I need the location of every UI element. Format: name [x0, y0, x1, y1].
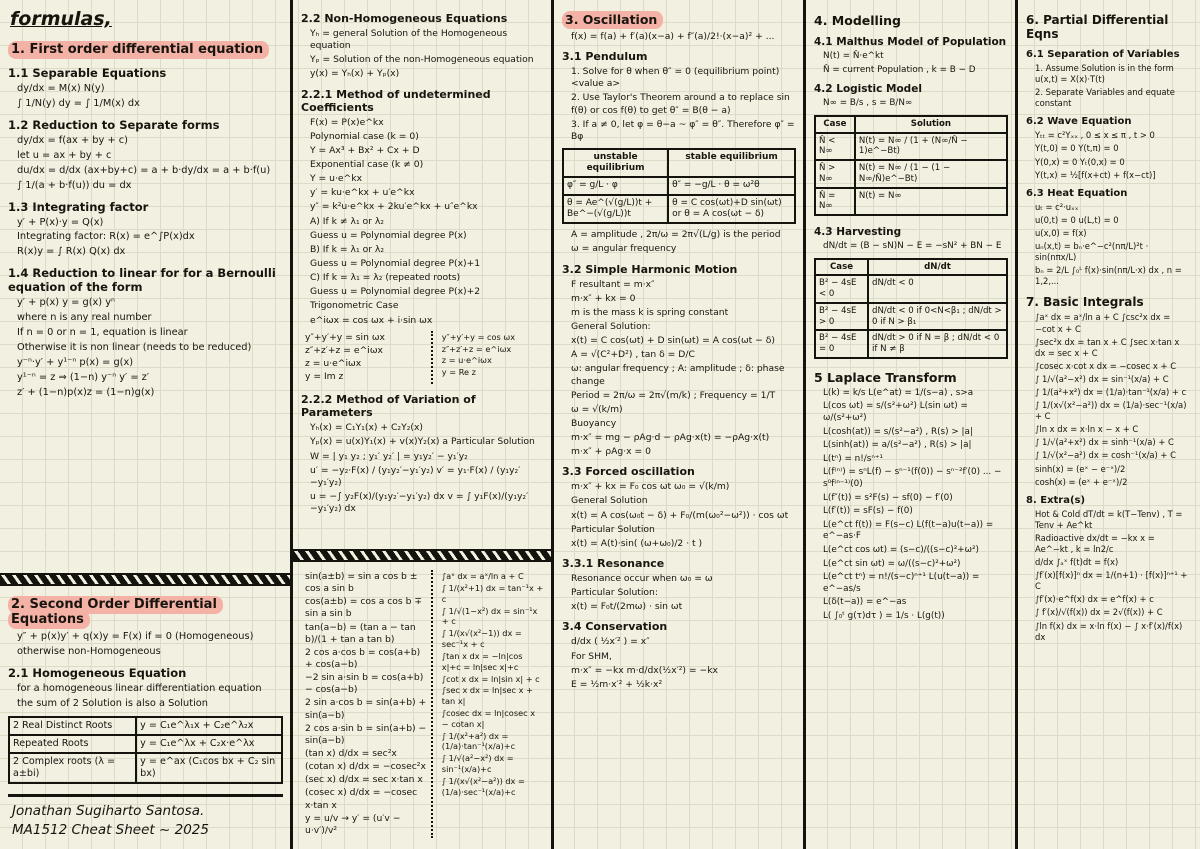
- formula-line: Buoyancy: [562, 418, 796, 430]
- formula-line: ∫ 1/(x²+1) dx = tan⁻¹x + c: [438, 583, 544, 605]
- formula-line: Particular Solution:: [562, 587, 796, 599]
- formula-line: ∫ln x dx = x·ln x − x + C: [1026, 424, 1190, 435]
- formula-line: For SHM,: [562, 651, 796, 663]
- column-pde-integrals: 6. Partial Differential Eqns6.1 Separati…: [1015, 0, 1197, 849]
- subsection-heading: 3.2 Simple Harmonic Motion: [562, 263, 796, 276]
- two-column-block: sin(a±b) = sin a cos b ± cos a sin bcos(…: [301, 570, 544, 838]
- formula-line: y¹⁻ⁿ = z ⇒ (1−n) y⁻ⁿ y′ = z′: [8, 372, 283, 385]
- formula-line: General Solution:: [562, 321, 796, 333]
- formula-line: ∫tan x dx = −ln|cos x|+c = ln|sec x|+c: [438, 651, 544, 673]
- table-row: 2 Complex roots (λ = a±bi)y = e^ax (C₁co…: [9, 753, 282, 783]
- formula-line: Yₚ = Solution of the non-Homogeneous equ…: [301, 54, 544, 66]
- formula-line: ∫sec²x dx = tan x + C ∫sec x·tan x dx = …: [1026, 337, 1190, 359]
- formula-line: 2 sin a·cos b = sin(a+b) + sin(a−b): [301, 697, 431, 721]
- section-heading: 7. Basic Integrals: [1026, 295, 1190, 309]
- formula-line: ∫ 1/(x√(x²−a²)) dx = (1/a)·sec⁻¹(x/a)+c: [438, 776, 544, 798]
- section-heading-highlighted: 1. First order differential equation: [8, 42, 283, 57]
- formula-line: bₙ = 2/L ∫₀ᴸ f(x)·sin(nπ/L·x) dx , n = 1…: [1026, 265, 1190, 287]
- subsection-heading: 4.3 Harvesting: [814, 226, 1008, 238]
- formula-line: Period = 2π/ω = 2π√(m/k) ; Frequency = 1…: [562, 390, 796, 402]
- table-header-cell: dN/dt: [868, 259, 1007, 276]
- formula-line: ω = angular frequency: [562, 243, 796, 255]
- formula-line: Yₕ(x) = C₁Y₁(x) + C₂Y₂(x): [301, 422, 544, 434]
- table-cell: B² − 4sE < 0: [815, 275, 868, 302]
- formula-table: CasedN/dtB² − 4sE < 0dN/dt < 0B² − 4sE >…: [814, 258, 1008, 359]
- formula-line: L(cosh(at)) = s/(s²−a²) , R(s) > |a|: [814, 427, 1008, 439]
- formula-line: otherwise non-Homogeneous: [8, 646, 283, 659]
- formula-line: m·x″ + kx = 0: [562, 293, 796, 305]
- formula-line: sinh(x) = (eˣ − e⁻ˣ)/2: [1026, 464, 1190, 475]
- table-cell: B² − 4sE = 0: [815, 330, 868, 357]
- formula-line: d/dx ( ½x′² ) = x″: [562, 636, 796, 648]
- table-row: B² − 4sE > 0dN/dt < 0 if 0<N<β₁ ; dN/dt …: [815, 303, 1007, 330]
- formula-line: x(t) = A(t)·sin( (ω+ω₀)/2 · t ): [562, 538, 796, 550]
- highlight-text: 2. Second Order Differential Equations: [8, 596, 223, 629]
- formula-line: (cotan x) d/dx = −cosec²x: [301, 761, 431, 773]
- formula-line: y = u/v → y′ = (u′v − u·v′)/v²: [301, 813, 431, 837]
- formula-line: Hot & Cold dT/dt = k(T−Tenv) , T = Tenv …: [1026, 509, 1190, 531]
- table-cell: dN/dt < 0: [868, 275, 1007, 302]
- formula-line: Guess u = Polynomial degree P(x)+2: [301, 286, 544, 298]
- formula-line: R(x)y = ∫ R(x) Q(x) dx: [8, 246, 283, 259]
- table-cell: y = C₁e^λx + C₂x·e^λx: [136, 735, 282, 753]
- column-oscillation: 3. Oscillationf(x) = f(a) + f′(a)(x−a) +…: [551, 0, 803, 849]
- formula-line: Particular Solution: [562, 524, 796, 536]
- formula-line: m·x″ = −kx m·d/dx(½x′²) = −kx: [562, 665, 796, 677]
- formula-line: 1. Solve for θ when θ″ = 0 (equilibrium …: [562, 66, 796, 90]
- formula-line: F resultant = m·x″: [562, 279, 796, 291]
- formula-line: Trigonometric Case: [301, 300, 544, 312]
- sheet-title: formulas,: [10, 8, 283, 30]
- formula-line: L(f′(t)) = sF(s) − f(0): [814, 506, 1008, 518]
- formula-line: y⁻ⁿ·y′ + y¹⁻ⁿ p(x) = g(x): [8, 357, 283, 370]
- table-cell: 2 Complex roots (λ = a±bi): [9, 753, 136, 783]
- subsection-heading: 2.2.2 Method of Variation of Parameters: [301, 393, 544, 419]
- formula-line: 2. Use Taylor's Theorem around a to repl…: [562, 92, 796, 116]
- formula-line: L( ∫₀ᵗ g(τ)dτ ) = 1/s · L(g(t)): [814, 611, 1008, 623]
- subsection-heading: 2.2.1 Method of undetermined Coefficient…: [301, 88, 544, 114]
- section-heading: 4. Modelling: [814, 13, 1008, 28]
- subsection-heading: 1.4 Reduction to linear for for a Bernou…: [8, 266, 283, 294]
- formula-line: ∫ 1/√(a²−x²) dx = sin⁻¹(x/a)+c: [438, 753, 544, 775]
- formula-line: sin(a±b) = sin a cos b ± cos a sin b: [301, 571, 431, 595]
- formula-line: ∫ 1/(x√(x²−a²)) dx = (1/a)·sec⁻¹(x/a) + …: [1026, 400, 1190, 422]
- formula-line: dy/dx = f(ax + by + c): [8, 135, 283, 148]
- table-row: φ″ = g/L · φθ″ = −g/L · θ = ω²θ: [563, 177, 795, 194]
- table-row: B² − 4sE = 0dN/dt > 0 if N = β ; dN/dt <…: [815, 330, 1007, 357]
- formula-line: x(t) = F₀t/(2mω) · sin ωt: [562, 601, 796, 613]
- table-row: B² − 4sE < 0dN/dt < 0: [815, 275, 1007, 302]
- table-row: Repeated Rootsy = C₁e^λx + C₂x·e^λx: [9, 735, 282, 753]
- formula-table: CaseSolutionN̂ < N∞N(t) = N∞ / (1 + (N∞/…: [814, 115, 1008, 216]
- table-cell: y = e^ax (C₁cos bx + C₂ sin bx): [136, 753, 282, 783]
- formula-line: y′ = ku·e^kx + u′e^kx: [301, 187, 544, 199]
- formula-line: Y(t,0) = 0 Y(t,π) = 0: [1026, 143, 1190, 154]
- subsection-heading: 6.1 Separation of Variables: [1026, 49, 1190, 60]
- formula-line: 1. Assume Solution is in the form u(x,t)…: [1026, 63, 1190, 85]
- table-cell: N(t) = N∞ / (1 − (1 − N∞/N̂)e^−Bt): [855, 160, 1007, 187]
- formula-line: dy/dx = M(x) N(y): [8, 83, 283, 96]
- formula-line: W = | y₁ y₂ ; y₁′ y₂′ | = y₁y₂′ − y₁′y₂: [301, 451, 544, 463]
- section-divider: [293, 549, 551, 562]
- formula-line: Resonance occur when ω₀ = ω: [562, 573, 796, 585]
- formula-line: du/dx = d/dx (ax+by+c) = a + b·dy/dx = a…: [8, 165, 283, 178]
- formula-line: Radioactive dx/dt = −kx x = Ae^−kt , k =…: [1026, 533, 1190, 555]
- table-cell: N(t) = N∞: [855, 188, 1007, 215]
- formula-line: N̂ = current Population , k = B − D: [814, 65, 1008, 77]
- signature-line: MA1512 Cheat Sheet ~ 2025: [12, 821, 283, 841]
- formula-line: L(k) = k/s L(e^at) = 1/(s−a) , s>a: [814, 388, 1008, 400]
- subsection-heading: 3.1 Pendulum: [562, 50, 796, 63]
- formula-line: L(e^ct cos ωt) = (s−c)/((s−c)²+ω²): [814, 545, 1008, 557]
- table-cell: B² − 4sE > 0: [815, 303, 868, 330]
- right-formula-list: y″+y′+y = cos ωxz″+z′+z = e^iωxz = u·e^i…: [431, 331, 544, 385]
- formula-line: Yₚ(x) = u(x)Y₁(x) + v(x)Y₂(x) a Particul…: [301, 436, 544, 448]
- formula-line: N(t) = N̂·e^kt: [814, 51, 1008, 63]
- formula-line: L(sinh(at)) = a/(s²−a²) , R(s) > |a|: [814, 440, 1008, 452]
- formula-line: Guess u = Polynomial degree P(x): [301, 230, 544, 242]
- table-row: 2 Real Distinct Rootsy = C₁e^λ₁x + C₂e^λ…: [9, 717, 282, 735]
- table-cell: N̂ > N∞: [815, 160, 855, 187]
- table-header-cell: Solution: [855, 116, 1007, 133]
- formula-line: ∫ 1/(a + b·f(u)) du = dx: [8, 180, 283, 193]
- subsection-heading: 2.2 Non-Homogeneous Equations: [301, 12, 544, 25]
- formula-line: ∫ 1/(x²+a²) dx = (1/a)·tan⁻¹(x/a)+c: [438, 731, 544, 753]
- formula-line: A) If k ≠ λ₁ or λ₂: [301, 216, 544, 228]
- formula-line: 3. If a ≠ 0, let φ = θ−a ~ φ″ = θ″. Ther…: [562, 119, 796, 143]
- section-heading-highlighted: 3. Oscillation: [562, 12, 796, 27]
- formula-line: C) If k = λ₁ = λ₂ (repeated roots): [301, 272, 544, 284]
- formula-line: m·x″ + ρAg·x = 0: [562, 446, 796, 458]
- formula-line: −2 sin a·sin b = cos(a+b) − cos(a−b): [301, 672, 431, 696]
- formula-line: where n is any real number: [8, 312, 283, 325]
- section-divider: [0, 573, 290, 586]
- table-cell: N̂ < N∞: [815, 133, 855, 160]
- subsection-heading: 6.2 Wave Equation: [1026, 116, 1190, 127]
- subsection-heading: 4.2 Logistic Model: [814, 83, 1008, 95]
- table-row: N̂ > N∞N(t) = N∞ / (1 − (1 − N∞/N̂)e^−Bt…: [815, 160, 1007, 187]
- formula-line: (cosec x) d/dx = −cosec x·tan x: [301, 787, 431, 811]
- formula-line: m·x″ = mg − ρAg·d − ρAg·x(t) = −ρAg·x(t): [562, 432, 796, 444]
- formula-line: 2. Separate Variables and equate constan…: [1026, 87, 1190, 109]
- formula-line: uₙ(x,t) = bₙ·e^−c²(nπ/L)²t · sin(nπx/L): [1026, 241, 1190, 263]
- table-header-cell: Case: [815, 116, 855, 133]
- formula-line: ∫cot x dx = ln|sin x| + c: [438, 674, 544, 685]
- formula-line: ∫sec x dx = ln|sec x + tan x|: [438, 685, 544, 707]
- column-modelling-laplace: 4. Modelling4.1 Malthus Model of Populat…: [803, 0, 1015, 849]
- formula-line: ∫ln f(x) dx = x·ln f(x) − ∫ x·f′(x)/f(x)…: [1026, 621, 1190, 643]
- formula-line: ∫ 1/√(x²−a²) dx = cosh⁻¹(x/a) + C: [1026, 450, 1190, 461]
- formula-line: L(e^ct sin ωt) = ω/((s−c)²+ω²): [814, 559, 1008, 571]
- highlight-text: 3. Oscillation: [562, 11, 663, 29]
- formula-line: u′ = −y₂·F(x) / (y₁y₂′−y₁′y₂) v′ = y₁·F(…: [301, 465, 544, 489]
- formula-line: ω = √(k/m): [562, 404, 796, 416]
- formula-line: 2 cos a·sin b = sin(a+b) − sin(a−b): [301, 723, 431, 747]
- table-header-cell: stable equilibrium: [668, 149, 795, 178]
- formula-line: y″ + p(x)y′ + q(x)y = F(x) if = 0 (Homog…: [8, 631, 283, 644]
- formula-line: L(e^ct tⁿ) = n!/(s−c)ⁿ⁺¹ L(u(t−a)) = e^−…: [814, 572, 1008, 595]
- formula-line: tan(a−b) = (tan a − tan b)/(1 + tan a ta…: [301, 622, 431, 646]
- table-header-cell: unstable equilibrium: [563, 149, 668, 178]
- formula-line: y′ + p(x) y = g(x) yⁿ: [8, 297, 283, 310]
- highlight-text: 1. First order differential equation: [8, 41, 269, 59]
- formula-line: ∫f′(x)·e^f(x) dx = e^f(x) + c: [1026, 594, 1190, 605]
- formula-line: E = ½m·x′² + ½k·x²: [562, 679, 796, 691]
- formula-line: ∫ 1/(a²+x²) dx = (1/a)·tan⁻¹(x/a) + c: [1026, 387, 1190, 398]
- formula-line: cos(a±b) = cos a cos b ∓ sin a sin b: [301, 596, 431, 620]
- subsection-heading: 3.4 Conservation: [562, 620, 796, 633]
- formula-table: unstable equilibriumstable equilibriumφ″…: [562, 148, 796, 224]
- formula-line: N∞ = B/s , s = B/N∞: [814, 98, 1008, 110]
- table-row: N̂ < N∞N(t) = N∞ / (1 + (N∞/N̂ − 1)e^−Bt…: [815, 133, 1007, 160]
- formula-line: (sec x) d/dx = sec x·tan x: [301, 774, 431, 786]
- formula-line: L(tⁿ) = n!/sⁿ⁺¹: [814, 454, 1008, 466]
- subsection-heading: 6.3 Heat Equation: [1026, 188, 1190, 199]
- formula-line: dN/dt = (B − sN)N − E = −sN² + BN − E: [814, 241, 1008, 253]
- formula-line: u = −∫ y₂F(x)/(y₁y₂′−y₁′y₂) dx v = ∫ y₁F…: [301, 491, 544, 515]
- cheat-sheet-page: formulas,1. First order differential equ…: [0, 0, 1200, 849]
- formula-line: z = u·e^iωx: [301, 358, 431, 370]
- formula-line: the sum of 2 Solution is also a Solution: [8, 698, 283, 711]
- formula-line: u(0,t) = 0 u(L,t) = 0: [1026, 215, 1190, 226]
- formula-line: ∫aˣ dx = aˣ/ln a + C ∫csc²x dx = −cot x …: [1026, 312, 1190, 334]
- subsection-heading: 1.1 Separable Equations: [8, 66, 283, 80]
- formula-line: Y = u·e^kx: [301, 173, 544, 185]
- two-column-block: y″+y′+y = sin ωxz″+z′+z = e^iωxz = u·e^i…: [301, 331, 544, 385]
- formula-line: L(f⁽ⁿ⁾) = sⁿL(f) − sⁿ⁻¹(f(0)) − sⁿ⁻²f′(0…: [814, 467, 1008, 490]
- formula-line: Y(0,x) = 0 Yₜ(0,x) = 0: [1026, 157, 1190, 168]
- subsection-heading: 2.1 Homogeneous Equation: [8, 666, 283, 680]
- formula-line: ∫ 1/√(1−x²) dx = sin⁻¹x + c: [438, 606, 544, 628]
- formula-line: ∫ 1/√(a²−x²) dx = sin⁻¹(x/a) + C: [1026, 374, 1190, 385]
- formula-line: ∫ 1/√(a²+x²) dx = sinh⁻¹(x/a) + C: [1026, 437, 1190, 448]
- subsection-heading: 3.3 Forced oscillation: [562, 465, 796, 478]
- formula-line: for a homogeneous linear differentiation…: [8, 683, 283, 696]
- formula-line: A = amplitude , 2π/ω = 2π√(L/g) is the p…: [562, 229, 796, 241]
- formula-line: y = Im z: [301, 371, 431, 383]
- formula-line: Otherwise it is non linear (needs to be …: [8, 342, 283, 355]
- formula-line: ∫ 1/N(y) dy = ∫ 1/M(x) dx: [8, 98, 283, 111]
- formula-line: If n = 0 or n = 1, equation is linear: [8, 327, 283, 340]
- formula-line: y″ = k²u·e^kx + 2ku′e^kx + u″e^kx: [301, 201, 544, 213]
- formula-line: m is the mass k is spring constant: [562, 307, 796, 319]
- formula-line: z″+z′+z = e^iωx: [301, 345, 431, 357]
- table-header-row: CaseSolution: [815, 116, 1007, 133]
- formula-line: ∫f′(x)[f(x)]ⁿ dx = 1/(n+1) · [f(x)]ⁿ⁺¹ +…: [1026, 570, 1190, 592]
- formula-table: 2 Real Distinct Rootsy = C₁e^λ₁x + C₂e^λ…: [8, 716, 283, 784]
- formula-line: y(x) = Yₕ(x) + Yₚ(x): [301, 68, 544, 80]
- formula-line: u(x,0) = f(x): [1026, 228, 1190, 239]
- table-header-row: CasedN/dt: [815, 259, 1007, 276]
- formula-line: Y = Ax³ + Bx² + Cx + D: [301, 145, 544, 157]
- section-heading: 5 Laplace Transform: [814, 370, 1008, 385]
- table-cell: θ = C cos(ωt)+D sin(ωt) or θ = A cos(ωt …: [668, 195, 795, 224]
- formula-line: ∫ 1/(x√(x²−1)) dx = sec⁻¹x + c: [438, 628, 544, 650]
- formula-line: ∫cosec dx = ln|cosec x − cotan x|: [438, 708, 544, 730]
- table-cell: θ″ = −g/L · θ = ω²θ: [668, 177, 795, 194]
- formula-line: y″+y′+y = cos ωx: [438, 332, 544, 343]
- subsection-heading: 1.2 Reduction to Separate forms: [8, 118, 283, 132]
- subsection-heading: 3.3.1 Resonance: [562, 557, 796, 570]
- right-formula-list: ∫aˣ dx = aˣ/ln a + C∫ 1/(x²+1) dx = tan⁻…: [431, 570, 544, 838]
- formula-line: General Solution: [562, 495, 796, 507]
- table-header-row: unstable equilibriumstable equilibrium: [563, 149, 795, 178]
- formula-line: let u = ax + by + c: [8, 150, 283, 163]
- formula-line: B) If k = λ₁ or λ₂: [301, 244, 544, 256]
- formula-line: y = Re z: [438, 367, 544, 378]
- formula-line: Guess u = Polynomial degree P(x)+1: [301, 258, 544, 270]
- formula-line: L(cos ωt) = s/(s²+ω²) L(sin ωt) = ω/(s²+…: [814, 401, 1008, 424]
- subsection-heading: 8. Extra(s): [1026, 495, 1190, 506]
- table-row: θ = Ae^(√(g/L))t + Be^−(√(g/L))tθ = C co…: [563, 195, 795, 224]
- table-row: N̂ = N∞N(t) = N∞: [815, 188, 1007, 215]
- formula-line: (tan x) d/dx = sec²x: [301, 748, 431, 760]
- formula-line: Yₜₜ = c²Yₓₓ , 0 ≤ x ≤ π , t > 0: [1026, 130, 1190, 141]
- formula-line: L(f″(t)) = s²F(s) − sf(0) − f′(0): [814, 493, 1008, 505]
- section-heading-highlighted: 2. Second Order Differential Equations: [8, 597, 283, 627]
- formula-line: z′ + (1−n)p(x)z = (1−n)g(x): [8, 387, 283, 400]
- table-cell: y = C₁e^λ₁x + C₂e^λ₂x: [136, 717, 282, 735]
- left-formula-list: sin(a±b) = sin a cos b ± cos a sin bcos(…: [301, 570, 431, 838]
- formula-line: m·x″ + kx = F₀ cos ωt ω₀ = √(k/m): [562, 481, 796, 493]
- table-cell: dN/dt < 0 if 0<N<β₁ ; dN/dt > 0 if N > β…: [868, 303, 1007, 330]
- table-cell: dN/dt > 0 if N = β ; dN/dt < 0 if N ≠ β: [868, 330, 1007, 357]
- formula-line: L(δ(t−a)) = e^−as: [814, 597, 1008, 609]
- formula-line: ∫cosec x·cot x dx = −cosec x + C: [1026, 361, 1190, 372]
- formula-line: ω: angular frequency ; A: amplitude ; δ:…: [562, 363, 796, 387]
- formula-line: x(t) = A cos(ω₀t − δ) + F₀/(m(ω₀²−ω²)) ·…: [562, 510, 796, 522]
- formula-line: uₜ = c²·uₓₓ: [1026, 202, 1190, 213]
- formula-line: Integrating factor: R(x) = e^∫P(x)dx: [8, 231, 283, 244]
- formula-line: z = u·e^iωx: [438, 355, 544, 366]
- table-cell: 2 Real Distinct Roots: [9, 717, 136, 735]
- formula-line: e^iωx = cos ωx + i·sin ωx: [301, 315, 544, 327]
- formula-line: Y(t,x) = ½[f(x+ct) + f(x−ct)]: [1026, 170, 1190, 181]
- formula-line: ∫ f′(x)/√(f(x)) dx = 2√(f(x)) + C: [1026, 607, 1190, 618]
- formula-line: F(x) = P(x)e^kx: [301, 117, 544, 129]
- section-heading: 6. Partial Differential Eqns: [1026, 13, 1190, 41]
- left-formula-list: y″+y′+y = sin ωxz″+z′+z = e^iωxz = u·e^i…: [301, 331, 431, 385]
- table-header-cell: Case: [815, 259, 868, 276]
- formula-line: y′ + P(x)·y = Q(x): [8, 217, 283, 230]
- formula-line: cosh(x) = (eˣ + e⁻ˣ)/2: [1026, 477, 1190, 488]
- subsection-heading: 1.3 Integrating factor: [8, 200, 283, 214]
- signature-line: Jonathan Sugiharto Santosa.: [12, 802, 283, 822]
- column-first-order: formulas,1. First order differential equ…: [0, 0, 290, 849]
- formula-line: d/dx ∫ₐˣ f(t)dt = f(x): [1026, 557, 1190, 568]
- column-nonhomogeneous: 2.2 Non-Homogeneous EquationsYₕ = genera…: [290, 0, 551, 849]
- table-cell: θ = Ae^(√(g/L))t + Be^−(√(g/L))t: [563, 195, 668, 224]
- table-cell: N̂ = N∞: [815, 188, 855, 215]
- formula-line: L(e^ct f(t)) = F(s−c) L(f(t−a)u(t−a)) = …: [814, 520, 1008, 543]
- table-cell: Repeated Roots: [9, 735, 136, 753]
- formula-line: A = √(C²+D²) , tan δ = D/C: [562, 349, 796, 361]
- formula-line: ∫aˣ dx = aˣ/ln a + C: [438, 571, 544, 582]
- table-cell: φ″ = g/L · φ: [563, 177, 668, 194]
- formula-line: y″+y′+y = sin ωx: [301, 332, 431, 344]
- table-cell: N(t) = N∞ / (1 + (N∞/N̂ − 1)e^−Bt): [855, 133, 1007, 160]
- formula-line: z″+z′+z = e^iωx: [438, 344, 544, 355]
- subsection-heading: 4.1 Malthus Model of Population: [814, 36, 1008, 48]
- signature-block: Jonathan Sugiharto Santosa.MA1512 Cheat …: [8, 794, 283, 841]
- formula-line: Yₕ = general Solution of the Homogeneous…: [301, 28, 544, 52]
- formula-line: Polynomial case (k = 0): [301, 131, 544, 143]
- formula-line: f(x) = f(a) + f′(a)(x−a) + f″(a)/2!·(x−a…: [562, 31, 796, 43]
- formula-line: Exponential case (k ≠ 0): [301, 159, 544, 171]
- formula-line: 2 cos a·cos b = cos(a+b) + cos(a−b): [301, 647, 431, 671]
- formula-line: x(t) = C cos(ωt) + D sin(ωt) = A cos(ωt …: [562, 335, 796, 347]
